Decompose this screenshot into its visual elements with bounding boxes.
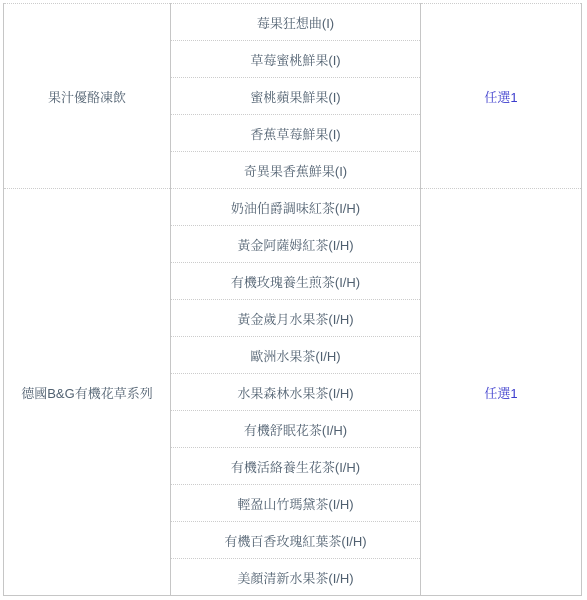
item-cell: 歐洲水果茶(I/H)	[171, 337, 421, 374]
item-cell: 奇異果香蕉鮮果(I)	[171, 152, 421, 189]
category-cell: 果汁優酪凍飲	[4, 4, 171, 189]
action-cell: 任選1	[421, 4, 582, 189]
item-cell: 有機玫瑰養生煎茶(I/H)	[171, 263, 421, 300]
category-cell: 德國B&G有機花草系列	[4, 189, 171, 596]
item-cell: 有機舒眠花茶(I/H)	[171, 411, 421, 448]
item-cell: 黃金歲月水果茶(I/H)	[171, 300, 421, 337]
select-any-link[interactable]: 任選1	[484, 386, 517, 401]
item-cell: 輕盈山竹瑪黛茶(I/H)	[171, 485, 421, 522]
item-cell: 草莓蜜桃鮮果(I)	[171, 41, 421, 78]
item-cell: 水果森林水果茶(I/H)	[171, 374, 421, 411]
menu-table: 果汁優酪凍飲莓果狂想曲(I)任選1草莓蜜桃鮮果(I)蜜桃蘋果鮮果(I)香蕉草莓鮮…	[3, 3, 582, 596]
table-row: 果汁優酪凍飲莓果狂想曲(I)任選1	[4, 4, 582, 41]
item-cell: 香蕉草莓鮮果(I)	[171, 115, 421, 152]
item-cell: 美顏清新水果茶(I/H)	[171, 559, 421, 596]
action-cell: 任選1	[421, 189, 582, 596]
select-any-link[interactable]: 任選1	[484, 90, 517, 105]
item-cell: 蜜桃蘋果鮮果(I)	[171, 78, 421, 115]
item-cell: 有機百香玫瑰紅葉茶(I/H)	[171, 522, 421, 559]
item-cell: 莓果狂想曲(I)	[171, 4, 421, 41]
item-cell: 有機活絡養生花茶(I/H)	[171, 448, 421, 485]
table-row: 德國B&G有機花草系列奶油伯爵調味紅茶(I/H)任選1	[4, 189, 582, 226]
item-cell: 奶油伯爵調味紅茶(I/H)	[171, 189, 421, 226]
item-cell: 黃金阿薩姆紅茶(I/H)	[171, 226, 421, 263]
